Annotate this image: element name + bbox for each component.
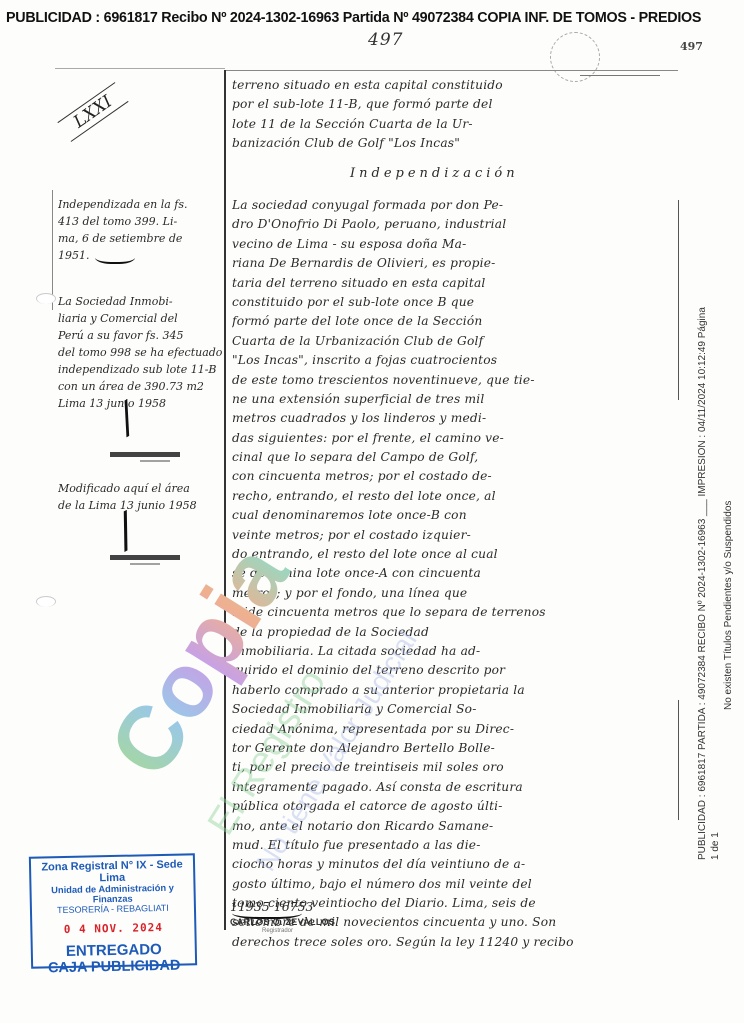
handwritten-line: dro D'Onofrio Di Paolo, peruano, industr…: [232, 215, 677, 234]
stamp-zone: Zona Registral N° IX - Sede Lima: [31, 858, 193, 885]
margin-note-society: La Sociedad Inmobi-liaria y Comercial de…: [58, 293, 223, 412]
handwritten-line: Perú a su favor fs. 345: [58, 327, 223, 344]
handwritten-line: recho, entrando, el resto del lote once,…: [232, 487, 677, 506]
handwritten-line: Cuarta de la Urbanización Club de Golf: [232, 332, 677, 351]
handwritten-line: ne una extensión superficial de tres mil: [232, 390, 677, 409]
side-annotation-line2: No existen Títulos Pendientes y/o Suspen…: [722, 300, 735, 860]
handwritten-line: formó parte del lote once de la Sección: [232, 312, 677, 331]
redacted-signer-title: [130, 563, 160, 565]
right-margin-mark: [678, 200, 679, 400]
handwritten-line: do entrando, el resto del lote once al c…: [232, 545, 677, 564]
handwritten-line: mide cincuenta metros que lo separa de t…: [232, 603, 677, 622]
handwritten-line: La sociedad conyugal formada por don Pe-: [232, 196, 677, 215]
handwritten-line: cinal que lo separa del Campo de Golf,: [232, 448, 677, 467]
redacted-signer-name: [110, 452, 180, 457]
punch-hole-icon: [36, 293, 56, 304]
handwritten-line: das siguientes: por el frente, el camino…: [232, 429, 677, 448]
handwritten-line: independizado sub lote 11-B: [58, 361, 223, 378]
handwritten-line: de la Lima 13 junio 1958: [58, 497, 223, 514]
registrar-name: CARLOS O. ZEVALLOS: [230, 917, 335, 927]
right-margin-mark: [678, 700, 679, 820]
folio-number-handwritten: 497: [368, 30, 403, 50]
section-title: Independización: [350, 166, 519, 181]
handwritten-line: cual denominaremos lote once-B con: [232, 506, 677, 525]
handwritten-line: metros cuadrados y los linderos y medi-: [232, 409, 677, 428]
handwritten-line: taria del terreno situado en esta capita…: [232, 274, 677, 293]
redacted-signer-title: [140, 460, 170, 462]
handwritten-line: con cincuenta metros; por el costado de-: [232, 467, 677, 486]
margin-note-independization: Independizada en la fs.413 del tomo 399.…: [58, 196, 223, 264]
publicity-header: PUBLICIDAD : 6961817 Recibo Nº 2024-1302…: [6, 10, 738, 26]
handwritten-line: ti, por el precio de treintiseis mil sol…: [232, 758, 677, 777]
side-annotation-line1: PUBLICIDAD : 6961817 PARTIDA : 49072384 …: [696, 300, 722, 860]
top-rule: [226, 70, 678, 71]
handwritten-line: con un área de 390.73 m2: [58, 378, 223, 395]
handwritten-line: Independizada en la fs.: [58, 196, 223, 213]
handwritten-line: de este tomo trescientos noventinueve, q…: [232, 371, 677, 390]
treasury-delivery-stamp: Zona Registral N° IX - Sede Lima Unidad …: [29, 853, 197, 968]
left-margin-rule: [52, 190, 53, 310]
margin-signature: [95, 248, 135, 264]
roman-numeral-stamp: LXXI: [57, 82, 128, 142]
handwritten-line: de la propiedad de la Sociedad: [232, 623, 677, 642]
handwritten-line: derechos trece soles oro. Según la ley 1…: [232, 933, 677, 952]
stamp-location: CAJA PUBLICIDAD: [33, 957, 195, 976]
handwritten-line: "Los Incas", inscrito a fojas cuatrocien…: [232, 351, 677, 370]
handwritten-line: 413 del tomo 399. Li-: [58, 213, 223, 230]
handwritten-line: Lima 13 junio 1958: [58, 395, 223, 412]
folio-number-stamped: 497: [680, 40, 703, 53]
handwritten-line: banización Club de Golf "Los Incas": [232, 134, 677, 153]
handwritten-line: gosto último, bajo el número dos mil vei…: [232, 875, 677, 894]
handwritten-line: constituido por el sub-lote once B que: [232, 293, 677, 312]
registrar-title: Registrador: [262, 928, 293, 934]
handwritten-line: Inmobiliaria. La citada sociedad ha ad-: [232, 642, 677, 661]
handwritten-line: Modificado aquí el área: [58, 480, 223, 497]
intro-paragraph: terreno situado en esta capital constitu…: [232, 76, 677, 154]
handwritten-line: riana De Bernardis de Olivieri, es propi…: [232, 254, 677, 273]
top-rule-left: [55, 68, 225, 69]
stamp-date: 0 4 NOV. 2024: [32, 920, 194, 936]
side-print-annotation: PUBLICIDAD : 6961817 PARTIDA : 49072384 …: [696, 300, 735, 860]
margin-note-modification: Modificado aquí el áreade la Lima 13 jun…: [58, 480, 223, 514]
redacted-signer-name: [110, 555, 180, 560]
punch-hole-icon: [36, 596, 56, 607]
handwritten-line: veinte metros; por el costado izquier-: [232, 526, 677, 545]
handwritten-line: liaria y Comercial del: [58, 310, 223, 327]
handwritten-line: vecino de Lima - su esposa doña Ma-: [232, 235, 677, 254]
handwritten-line: por el sub-lote 11-B, que formó parte de…: [232, 95, 677, 114]
handwritten-line: ma, 6 de setiembre de: [58, 230, 223, 247]
handwritten-line: 1951.: [58, 247, 223, 264]
stamp-treasury: TESORERÍA - REBAGLIATI: [32, 902, 194, 915]
handwritten-line: ciocho horas y minutos del día veintiuno…: [232, 855, 677, 874]
handwritten-line: terreno situado en esta capital constitu…: [232, 76, 677, 95]
handwritten-line: lote 11 de la Sección Cuarta de la Ur-: [232, 115, 677, 134]
handwritten-line: La Sociedad Inmobi-: [58, 293, 223, 310]
handwritten-line: del tomo 998 se ha efectuado: [58, 344, 223, 361]
